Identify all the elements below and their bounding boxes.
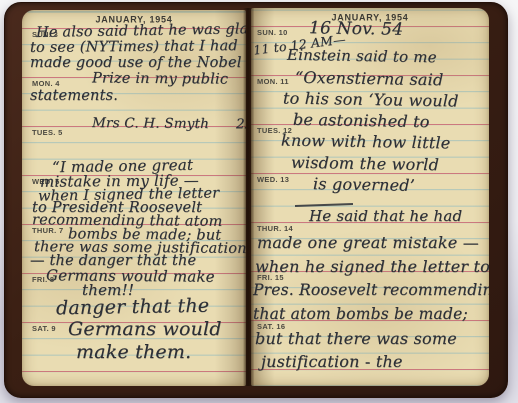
- handwriting-line: He said that he had: [309, 208, 462, 225]
- diary-photo-scene: JANUARY, 1954 SUN. 3 MON. 4 TUES. 5 WED.…: [0, 0, 518, 403]
- day-label-wed-13: WED. 13: [257, 176, 289, 184]
- handwriting-line: wisdom the world: [291, 154, 439, 174]
- day-label-mon-4: MON. 4: [32, 80, 60, 88]
- day-label-tues-5: TUES. 5: [32, 129, 63, 137]
- handwriting-line: justification - the: [261, 353, 403, 371]
- handwriting-line: Mrs C. H. Smyth 22 Morven: [92, 116, 246, 133]
- handwriting-line: made good use of the Nobel: [30, 56, 242, 72]
- handwriting-line: statements.: [30, 89, 118, 105]
- handwriting-line: Pres. Roosevelt recommending: [253, 282, 489, 299]
- handwriting-line: “Oxenstierna said: [295, 69, 444, 89]
- handwriting-line: know with how little: [281, 132, 451, 153]
- page-gutter-shadow: [243, 8, 254, 386]
- handwriting-line: to his son ‘You would: [283, 89, 459, 110]
- handwriting-line: made one great mistake —: [257, 234, 479, 252]
- handwriting-line: when he signed the letter to: [255, 258, 489, 276]
- handwriting-line: is governed’: [313, 175, 415, 194]
- handwriting-line: be astonished to: [293, 111, 430, 131]
- handwriting-line: Einstein said to me: [287, 47, 437, 66]
- handwriting-line: but that there was some: [255, 330, 457, 348]
- day-label-sun-10: SUN. 10: [257, 29, 288, 37]
- handwriting-line: that atom bombs be made;: [253, 306, 468, 323]
- handwriting-line: danger that the: [56, 296, 210, 320]
- day-label-mon-11: MON. 11: [257, 78, 289, 86]
- diary-page-right: JANUARY, 1954 SUN. 10 MON. 11 TUES. 12 W…: [251, 8, 489, 386]
- handwriting-line: Germans would: [68, 319, 222, 340]
- diary-page-left: JANUARY, 1954 SUN. 3 MON. 4 TUES. 5 WED.…: [22, 10, 246, 386]
- handwriting-line: Prize in my public: [92, 71, 228, 88]
- handwriting-line: make them.: [76, 342, 191, 363]
- handwriting-line: 16 Nov. 54: [309, 19, 403, 39]
- day-label-thur-14: THUR. 14: [257, 225, 293, 233]
- day-label-sat-9: SAT. 9: [32, 325, 56, 333]
